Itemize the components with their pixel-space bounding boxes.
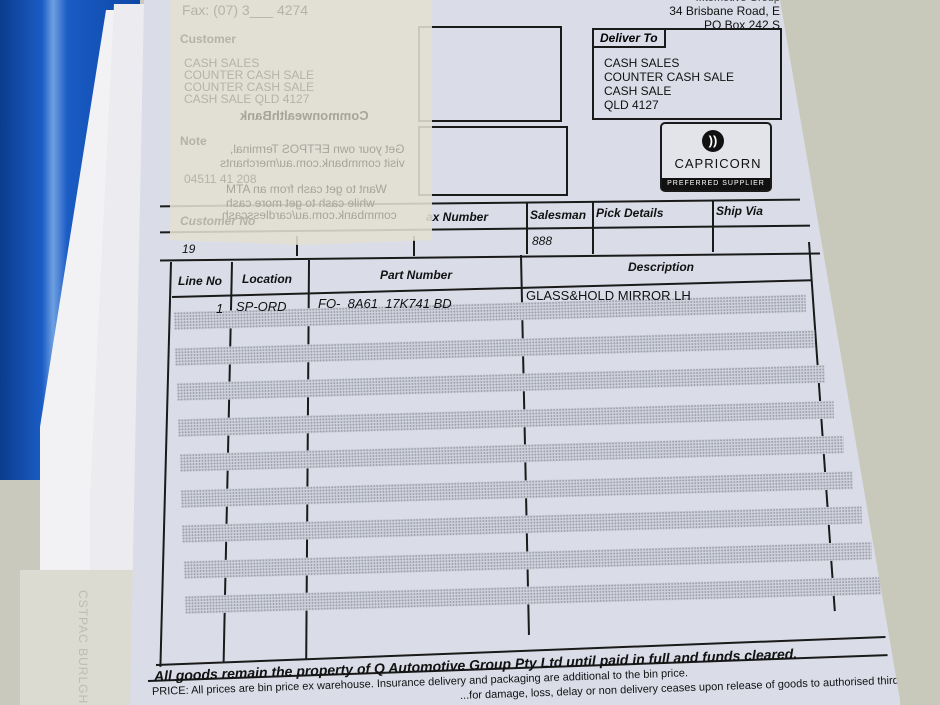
description-header: Description: [628, 260, 694, 274]
receipt-bank-name: CommonwealthBank: [240, 108, 369, 123]
location-cell: SP-ORD: [236, 299, 287, 314]
receipt-customer-no-label: Customer No: [180, 214, 255, 228]
table-stripe: [175, 330, 815, 366]
receipt-customer-label: Customer: [180, 32, 236, 46]
receipt-customer-line: CASH SALE QLD 4127: [184, 92, 309, 106]
table-stripe: [185, 577, 881, 614]
table-rule: [592, 202, 594, 254]
deliver-line: CASH SALES: [604, 56, 734, 70]
logo-brand: CAPRICORN: [668, 156, 768, 171]
receipt-fax: Fax: (07) 3___ 4274: [182, 2, 308, 18]
receipt-note-label: Note: [180, 134, 207, 148]
deliver-to-address: CASH SALES COUNTER CASH SALE CASH SALE Q…: [604, 56, 734, 112]
table-rule: [159, 262, 172, 667]
deliver-to-box: Deliver To CASH SALES COUNTER CASH SALE …: [592, 28, 782, 120]
receipt-ad-text: Want to get cash from an ATM: [226, 182, 387, 196]
tax-number-header: ax Number: [426, 210, 488, 224]
logo-tagline: PREFERRED SUPPLIER: [662, 178, 770, 190]
deliver-line: COUNTER CASH SALE: [604, 70, 734, 84]
salesman-header: Salesman: [530, 208, 586, 222]
pick-details-header: Pick Details: [596, 206, 663, 220]
deliver-to-label: Deliver To: [594, 30, 666, 48]
part-number-header: Part Number: [380, 268, 452, 282]
company-address-line1: 34 Brisbane Road, E: [560, 4, 780, 18]
deliver-line: QLD 4127: [604, 98, 734, 112]
table-rule: [712, 200, 714, 252]
table-stripe: [178, 400, 834, 436]
line-no-header: Line No: [178, 274, 222, 288]
underlying-card: CSTPAC BURLGH: [20, 570, 140, 705]
ship-via-header: Ship Via: [716, 204, 763, 218]
table-rule: [160, 253, 820, 262]
table-stripe: [182, 506, 862, 543]
salesman-value: 888: [532, 234, 552, 248]
table-stripe: [181, 471, 853, 508]
deliver-line: CASH SALE: [604, 84, 734, 98]
capricorn-logo: )) CAPRICORN PREFERRED SUPPLIER: [660, 122, 772, 192]
eftpos-receipt-overlay: Fax: (07) 3___ 4274 Customer CASH SALES …: [170, 0, 432, 245]
customer-no-value: 19: [182, 242, 195, 256]
receipt-ad-text: Get your own EFTPOS Terminal,: [230, 142, 405, 156]
card-stamp-text: CSTPAC BURLGH: [76, 590, 90, 704]
receipt-ad-text: visit commbank.com.au/merchants: [220, 156, 405, 170]
location-header: Location: [242, 272, 292, 286]
table-rule: [526, 202, 528, 254]
line-no-cell: 1: [216, 301, 223, 316]
capricorn-logo-icon: )): [702, 130, 724, 152]
part-number-cell: FO- 8A61 17K741 BD: [318, 296, 452, 311]
table-stripe: [177, 365, 825, 401]
address-box: [418, 26, 562, 122]
address-box: [418, 126, 568, 196]
description-cell: GLASS&HOLD MIRROR LH: [526, 288, 691, 303]
table-stripe: [179, 435, 843, 472]
